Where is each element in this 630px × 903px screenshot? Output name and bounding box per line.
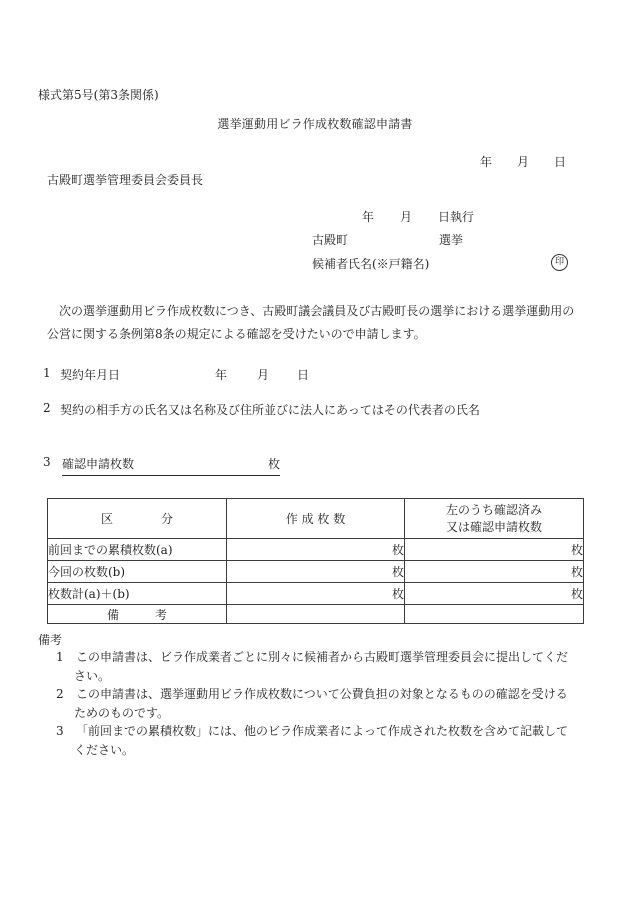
note-number: 3: [56, 722, 76, 741]
item-3-number: 3: [43, 455, 51, 469]
item-2-number: 2: [43, 401, 51, 415]
municipality-name: 古殿町: [312, 231, 348, 248]
production-count-cell: 枚: [227, 583, 405, 605]
category-header: 区 分: [48, 499, 227, 539]
table-header-row: 区 分 作 成 枚 数 左のうち確認済み 又は確認申請枚数: [48, 499, 584, 539]
election-date-blank: 年 月 日執行: [362, 208, 474, 225]
item-2-label: 契約の相手方の氏名又は名称及び住所並びに法人にあってはその代表者の氏名: [60, 401, 480, 418]
item-1-label: 契約年月日: [60, 366, 120, 383]
production-count-header: 作 成 枚 数: [227, 499, 405, 539]
production-count-cell: 枚: [227, 539, 405, 561]
page-title: 選挙運動用ビラ作成枚数確認申請書: [0, 115, 630, 132]
row-label: 枚数計(a)＋(b): [48, 583, 227, 605]
application-form-page: 様式第5号(第3条関係) 選挙運動用ビラ作成枚数確認申請書 年 月 日 古殿町選…: [0, 0, 630, 903]
sheet-count-table: 区 分 作 成 枚 数 左のうち確認済み 又は確認申請枚数 前回までの累積枚数(…: [47, 498, 584, 624]
notes-list: 1この申請書は、ビラ作成業者ごとに別々に候補者から古殿町選挙管理委員会に提出して…: [38, 648, 578, 759]
item-3-label: 確認申請枚数: [62, 455, 134, 472]
table-row: 枚数計(a)＋(b) 枚 枚: [48, 583, 584, 605]
confirmed-count-cell: 枚: [405, 561, 584, 583]
form-number: 様式第5号(第3条関係): [38, 86, 159, 103]
year-label: 年: [362, 208, 374, 225]
item-1-number: 1: [43, 366, 51, 380]
table-row: 今回の枚数(b) 枚 枚: [48, 561, 584, 583]
application-paragraph: 次の選挙運動用ビラ作成枚数につき、古殿町議会議員及び古殿町長の選挙における選挙運…: [47, 300, 581, 346]
election-type-label: 選挙: [439, 231, 463, 248]
contract-day-label: 日: [297, 366, 309, 383]
confirmed-header-line2: 又は確認申請枚数: [405, 519, 583, 536]
note-item: 2この申請書は、選挙運動用ビラ作成枚数について公費負担の対象となるものの確認を受…: [38, 685, 578, 722]
note-text: この申請書は、選挙運動用ビラ作成枚数について公費負担の対象となるものの確認を受け…: [74, 687, 568, 720]
remarks-cell-confirmed: [405, 605, 584, 624]
note-item: 3「前回までの累積枚数」には、他のビラ作成業者によって作成された枚数を含めて記載…: [38, 722, 578, 759]
production-count-cell: 枚: [227, 561, 405, 583]
month-label: 月: [517, 153, 529, 170]
contract-year-label: 年: [215, 366, 227, 383]
remarks-cell-production: [227, 605, 405, 624]
candidate-name-label: 候補者氏名(※戸籍名): [312, 255, 429, 272]
sheets-unit-label: 枚: [268, 455, 280, 472]
confirmed-header-line1: 左のうち確認済み: [405, 502, 583, 519]
note-number: 2: [56, 685, 76, 704]
confirmed-count-cell: 枚: [405, 583, 584, 605]
day-label: 日: [554, 153, 566, 170]
table-row: 前回までの累積枚数(a) 枚 枚: [48, 539, 584, 561]
day-execution-label: 日執行: [438, 208, 474, 225]
remarks-row: 備 考: [48, 605, 584, 624]
confirmed-count-cell: 枚: [405, 539, 584, 561]
row-label: 今回の枚数(b): [48, 561, 227, 583]
year-label: 年: [480, 153, 492, 170]
notes-title: 備考: [38, 631, 62, 648]
note-text: この申請書は、ビラ作成業者ごとに別々に候補者から古殿町選挙管理委員会に提出してく…: [74, 650, 568, 683]
submission-date-blank: 年 月 日: [480, 153, 566, 170]
addressee: 古殿町選挙管理委員会委員長: [47, 171, 203, 188]
confirmed-count-header: 左のうち確認済み 又は確認申請枚数: [405, 499, 584, 539]
note-item: 1この申請書は、ビラ作成業者ごとに別々に候補者から古殿町選挙管理委員会に提出して…: [38, 648, 578, 685]
contract-month-label: 月: [257, 366, 269, 383]
seal-icon: 印: [551, 254, 568, 271]
requested-sheets-blank: 確認申請枚数 枚: [62, 455, 280, 476]
remarks-label: 備 考: [48, 605, 227, 624]
month-label: 月: [400, 208, 412, 225]
note-text: 「前回までの累積枚数」には、他のビラ作成業者によって作成された枚数を含めて記載し…: [74, 724, 568, 757]
row-label: 前回までの累積枚数(a): [48, 539, 227, 561]
note-number: 1: [56, 648, 76, 667]
